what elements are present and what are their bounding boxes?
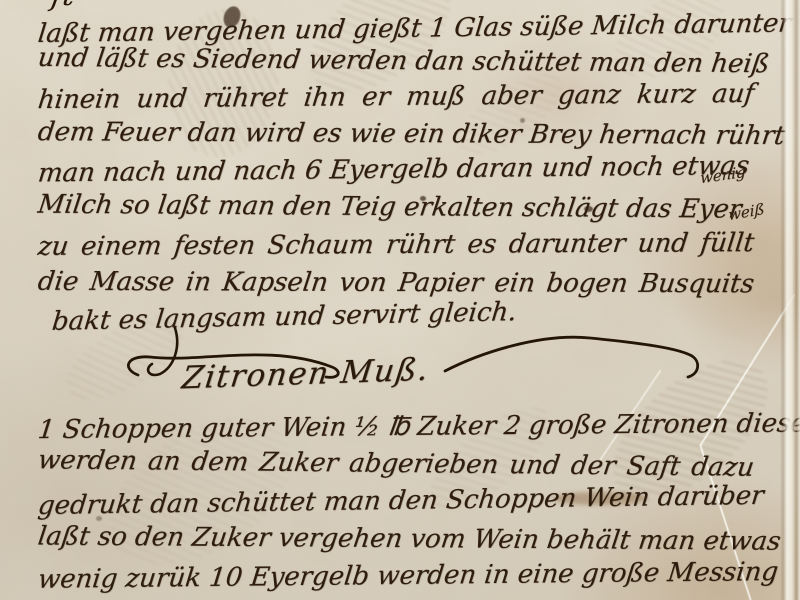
manuscript-line: dem Feuer dan wird es wie ein diker Brey…: [36, 117, 756, 151]
manuscript-line: 1 Schoppen guter Wein ½ ℔ Zuker 2 große …: [36, 409, 755, 445]
manuscript-line: und läßt es Siedend werden dan schüttet …: [36, 43, 756, 79]
manuscript-line: zu einem festen Schaum rührt es darunter…: [36, 228, 756, 262]
manuscript-line: wenig zurük 10 Eyergelb werden in eine g…: [36, 557, 755, 595]
manuscript-line: man nach und nach 6 Eyergelb daran und n…: [36, 152, 699, 189]
manuscript-line: gedrukt dan schüttet man den Schoppen We…: [36, 481, 755, 521]
manuscript-line: laßt so den Zuker vergehen vom Wein behä…: [36, 522, 756, 557]
page-fragment: ſt: [49, 0, 78, 13]
manuscript-page: ſt laßt man vergehen und gießt 1 Glas sü…: [0, 0, 800, 600]
recipe-heading: Zitronen Muß.: [180, 352, 432, 397]
manuscript-line: werden an dem Zuker abgerieben und der S…: [36, 445, 756, 482]
manuscript-line: die Masse in Kapseln von Papier ein boge…: [36, 267, 756, 299]
manuscript-line: bakt es langsam und servirt gleich.: [51, 297, 518, 337]
manuscript-line: hinein und rühret ihn er muß aber ganz k…: [36, 79, 755, 115]
manuscript-line: Milch so laßt man den Teig erkalten schl…: [36, 190, 710, 225]
